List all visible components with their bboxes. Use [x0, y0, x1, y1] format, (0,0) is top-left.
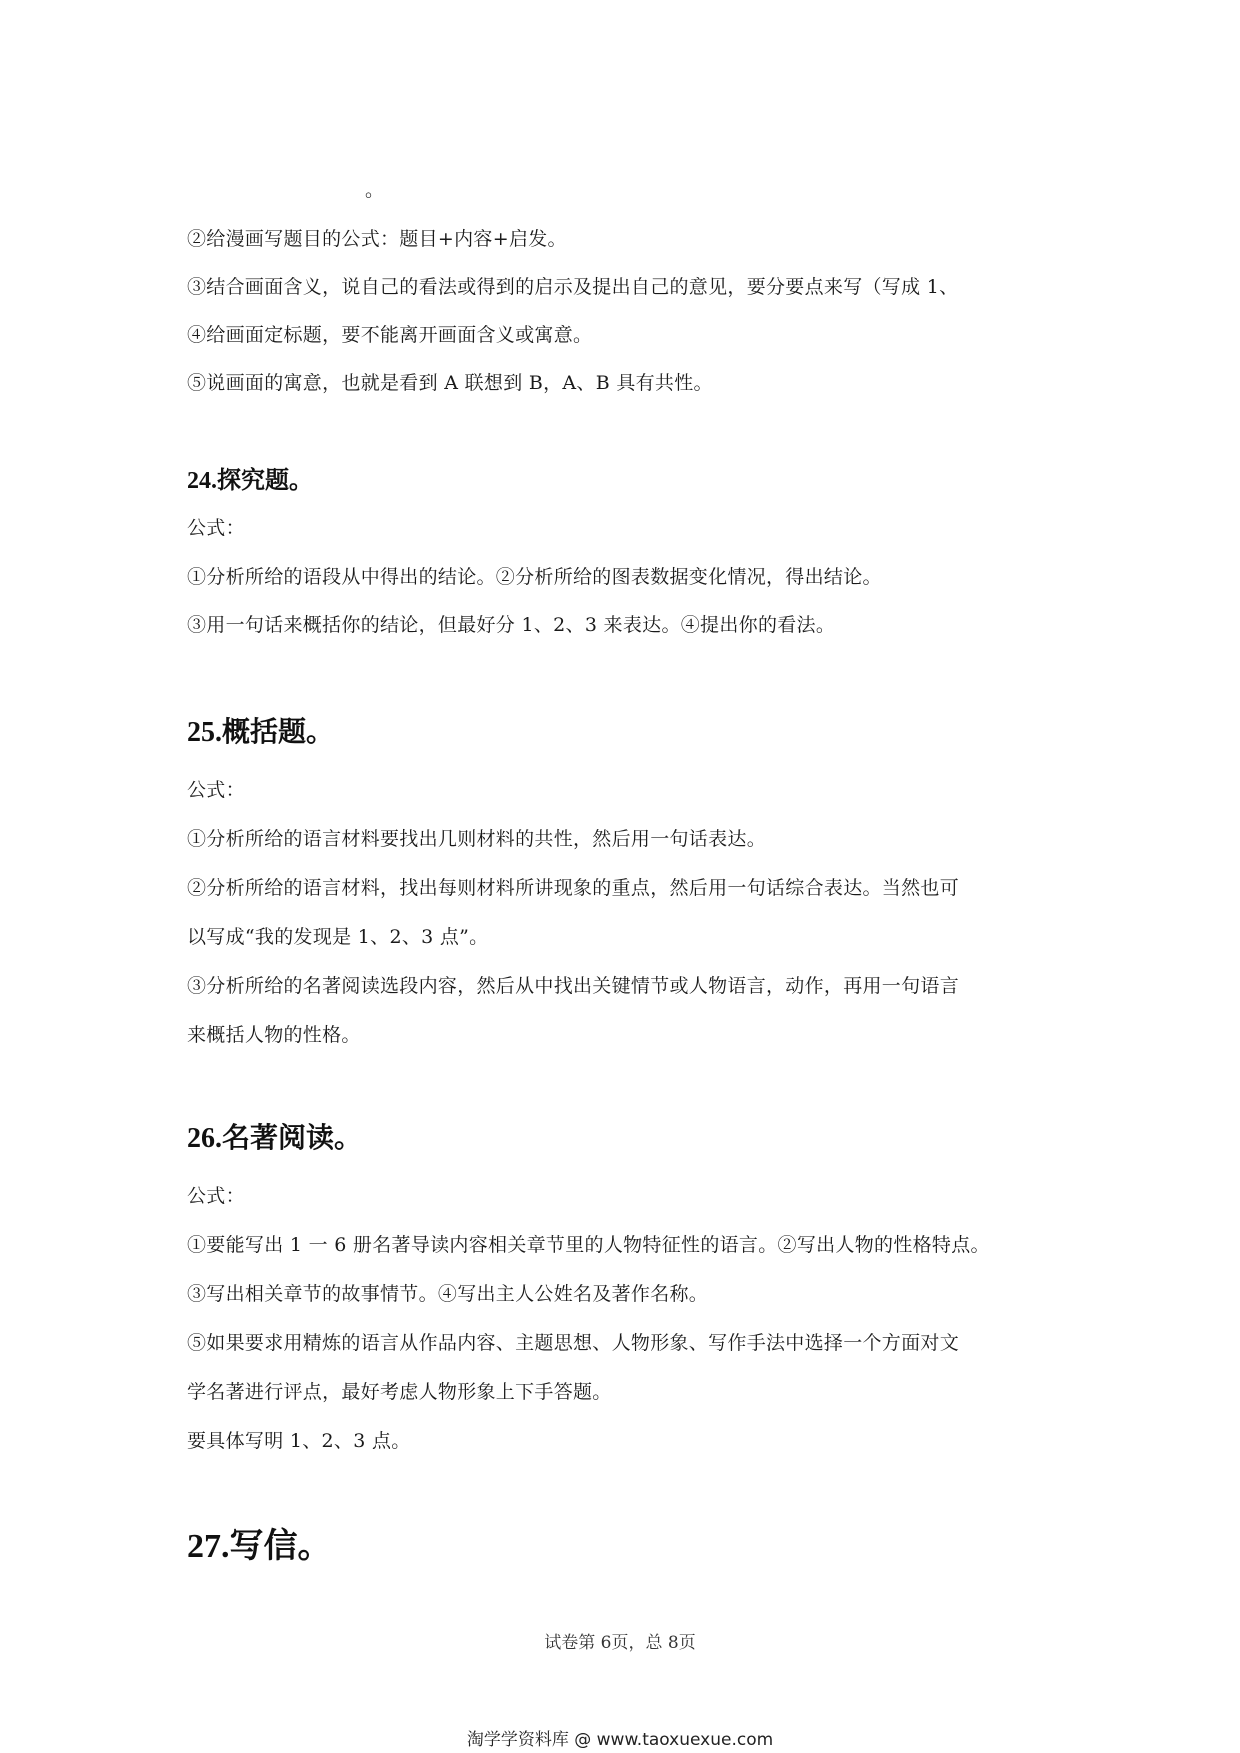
page-footer: 试卷第 6页，总 8页: [0, 1628, 1240, 1653]
section-25-line-4: ③分析所给的名著阅读选段内容，然后从中找出关键情节或人物语言，动作，再用一句语言: [187, 974, 959, 998]
section-24-label: 公式：: [187, 516, 245, 540]
section-26-line-1: ①要能写出 1 一 6 册名著导读内容相关章节里的人物特征性的语言。②写出人物的…: [187, 1233, 990, 1257]
section-25-label: 公式：: [187, 778, 245, 802]
section-26-line-3: ⑤如果要求用精炼的语言从作品内容、主题思想、人物形象、写作手法中选择一个方面对文: [187, 1331, 959, 1355]
section-26-label: 公式：: [187, 1184, 245, 1208]
continuation-line-3: ③结合画面含义，说自己的看法或得到的启示及提出自己的意见，要分要点来写（写成 1…: [187, 275, 958, 299]
section-25-line-3: 以写成“我的发现是 1、2、3 点”。: [187, 925, 488, 949]
section-26-line-2: ③写出相关章节的故事情节。④写出主人公姓名及著作名称。: [187, 1282, 708, 1306]
section-heading-25: 25.概括题。: [187, 716, 334, 750]
section-25-line-1: ①分析所给的语言材料要找出几则材料的共性，然后用一句话表达。: [187, 827, 766, 851]
section-26-line-4: 学名著进行评点，最好考虑人物形象上下手答题。: [187, 1380, 612, 1404]
section-heading-26: 26.名著阅读。: [187, 1122, 362, 1156]
section-heading-27: 27.写信。: [187, 1527, 332, 1567]
section-26-line-5: 要具体写明 1、2、3 点。: [187, 1429, 411, 1453]
section-24-line-1: ①分析所给的语段从中得出的结论。②分析所给的图表数据变化情况，得出结论。: [187, 565, 882, 589]
section-24-line-2: ③用一句话来概括你的结论，但最好分 1、2、3 来表达。④提出你的看法。: [187, 613, 835, 637]
continuation-line-4: ④给画面定标题，要不能离开画面含义或寓意。: [187, 323, 592, 347]
section-25-line-2: ②分析所给的语言材料，找出每则材料所讲现象的重点，然后用一句话综合表达。当然也可: [187, 876, 959, 900]
continuation-line-5: ⑤说画面的寓意，也就是看到 A 联想到 B，A、B 具有共性。: [187, 371, 713, 395]
section-25-line-5: 来概括人物的性格。: [187, 1023, 361, 1047]
section-heading-24: 24.探究题。: [187, 466, 313, 496]
watermark: 淘学学资料库 @ www.taoxuexue.com: [0, 1725, 1240, 1750]
document-page: 。 ②给漫画写题目的公式：题目+内容+启发。 ③结合画面含义，说自己的看法或得到…: [0, 0, 1240, 1753]
trailing-period: 。: [365, 178, 384, 202]
continuation-line-2: ②给漫画写题目的公式：题目+内容+启发。: [187, 227, 567, 251]
